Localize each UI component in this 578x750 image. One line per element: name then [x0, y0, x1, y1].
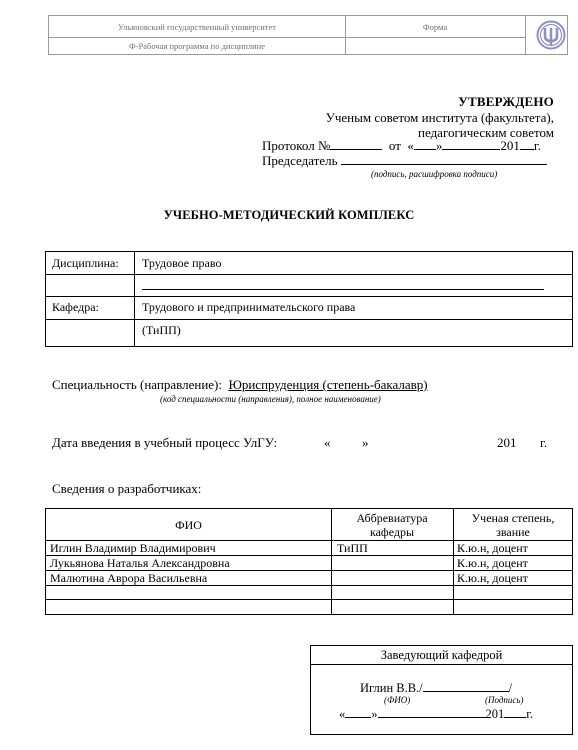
- fio-note: (ФИО): [384, 695, 410, 705]
- year-prefix: 201: [500, 138, 520, 153]
- divider: [134, 252, 135, 346]
- specialty-note: (код специальности (направления), полное…: [160, 394, 381, 404]
- head-year-field[interactable]: [504, 706, 526, 718]
- divider: [46, 296, 572, 297]
- column-header-degree-line1: Ученая степень,: [453, 511, 573, 525]
- table-row-fio: Малютина Аврора Васильевна: [50, 571, 207, 585]
- protocol-line: Протокол № от «»201г.: [262, 138, 541, 154]
- protocol-label: Протокол №: [262, 138, 330, 153]
- divider: [311, 664, 572, 665]
- table-row-fio: Лукьянова Наталья Александровна: [50, 556, 230, 570]
- column-header-abbr: Аббревиатура кафедры: [331, 511, 453, 539]
- head-of-department-box: Заведующий кафедрой Иглин В.В.// (ФИО) (…: [310, 645, 573, 735]
- head-date-line: «»201г.: [339, 706, 533, 722]
- chairman-signature-field[interactable]: [341, 153, 547, 165]
- protocol-from: от: [389, 138, 401, 153]
- intro-date-close-quote: »: [362, 435, 369, 451]
- signature-note: (подпись, расшифровка подписи): [371, 169, 497, 179]
- developers-table: ФИО Аббревиатура кафедры Ученая степень,…: [45, 508, 573, 615]
- document-title: УЧЕБНО-МЕТОДИЧЕСКИЙ КОМПЛЕКС: [0, 208, 578, 223]
- discipline-label: Дисциплина:: [52, 256, 119, 271]
- table-row-abbr: ТиПП: [337, 541, 368, 555]
- table-row-degree: К.ю.н, доцент: [457, 541, 528, 555]
- discipline-table: Дисциплина: Трудовое право Кафедра: Труд…: [45, 251, 573, 347]
- department-abbr: (ТиПП): [142, 323, 181, 338]
- divider: [46, 319, 572, 320]
- table-row-degree: К.ю.н, доцент: [457, 571, 528, 585]
- university-name: Ульяновский государственный университет: [49, 22, 345, 32]
- protocol-month-field[interactable]: [442, 138, 500, 150]
- protocol-year-field[interactable]: [520, 138, 534, 150]
- head-signature-field[interactable]: [423, 680, 509, 692]
- year-prefix: 201: [486, 707, 505, 721]
- divider: [46, 274, 572, 275]
- table-row-fio: Иглин Владимир Владимирович: [50, 541, 216, 555]
- head-month-field[interactable]: [378, 706, 486, 718]
- form-label: Форма: [345, 22, 525, 32]
- chairman-line: Председатель: [262, 153, 547, 169]
- head-title: Заведующий кафедрой: [311, 648, 572, 663]
- university-logo-icon: [536, 19, 566, 51]
- head-name: Иглин В.В./: [360, 681, 423, 695]
- table-row-degree: К.ю.н, доцент: [457, 556, 528, 570]
- approval-title: УТВЕРЖДЕНО: [458, 94, 554, 110]
- department-label: Кафедра:: [52, 300, 99, 315]
- divider: [525, 16, 526, 54]
- chairman-label: Председатель: [262, 153, 338, 168]
- column-header-degree-line2: звание: [453, 525, 573, 539]
- year-suffix: г.: [526, 707, 533, 721]
- specialty-label: Специальность (направление):: [52, 377, 222, 392]
- column-header-fio: ФИО: [46, 518, 331, 532]
- head-name-line: Иглин В.В.//: [360, 680, 512, 696]
- column-header-abbr-line1: Аббревиатура: [331, 511, 453, 525]
- signature-note: (Подпись): [485, 695, 524, 705]
- discipline-value: Трудовое право: [142, 256, 221, 271]
- specialty-value: Юриспруденция (степень-бакалавр): [228, 377, 427, 392]
- divider: [46, 585, 572, 586]
- intro-date-open-quote: «: [324, 435, 331, 451]
- developers-label: Сведения о разработчиках:: [52, 481, 201, 497]
- divider: [46, 599, 572, 600]
- protocol-number-field[interactable]: [330, 138, 382, 150]
- protocol-day-field[interactable]: [414, 138, 436, 150]
- discipline-blank-line: [142, 289, 544, 290]
- specialty-line: Специальность (направление): Юриспруденц…: [52, 377, 428, 393]
- year-suffix: г.: [534, 138, 541, 153]
- approval-council: Ученым советом института (факультета),: [326, 110, 554, 126]
- slash: /: [509, 681, 512, 695]
- head-day-field[interactable]: [345, 706, 371, 718]
- intro-date-label: Дата введения в учебный процесс УлГУ:: [52, 435, 277, 451]
- intro-date-year: 201: [497, 435, 517, 451]
- column-header-degree: Ученая степень, звание: [453, 511, 573, 539]
- divider: [49, 37, 525, 38]
- form-header-table: Ульяновский государственный университет …: [48, 15, 568, 55]
- form-name: Ф-Рабочая программа по дисциплине: [49, 41, 345, 51]
- department-value: Трудового и предпринимательского права: [142, 300, 355, 315]
- intro-date-year-suffix: г.: [540, 435, 547, 451]
- column-header-abbr-line2: кафедры: [331, 525, 453, 539]
